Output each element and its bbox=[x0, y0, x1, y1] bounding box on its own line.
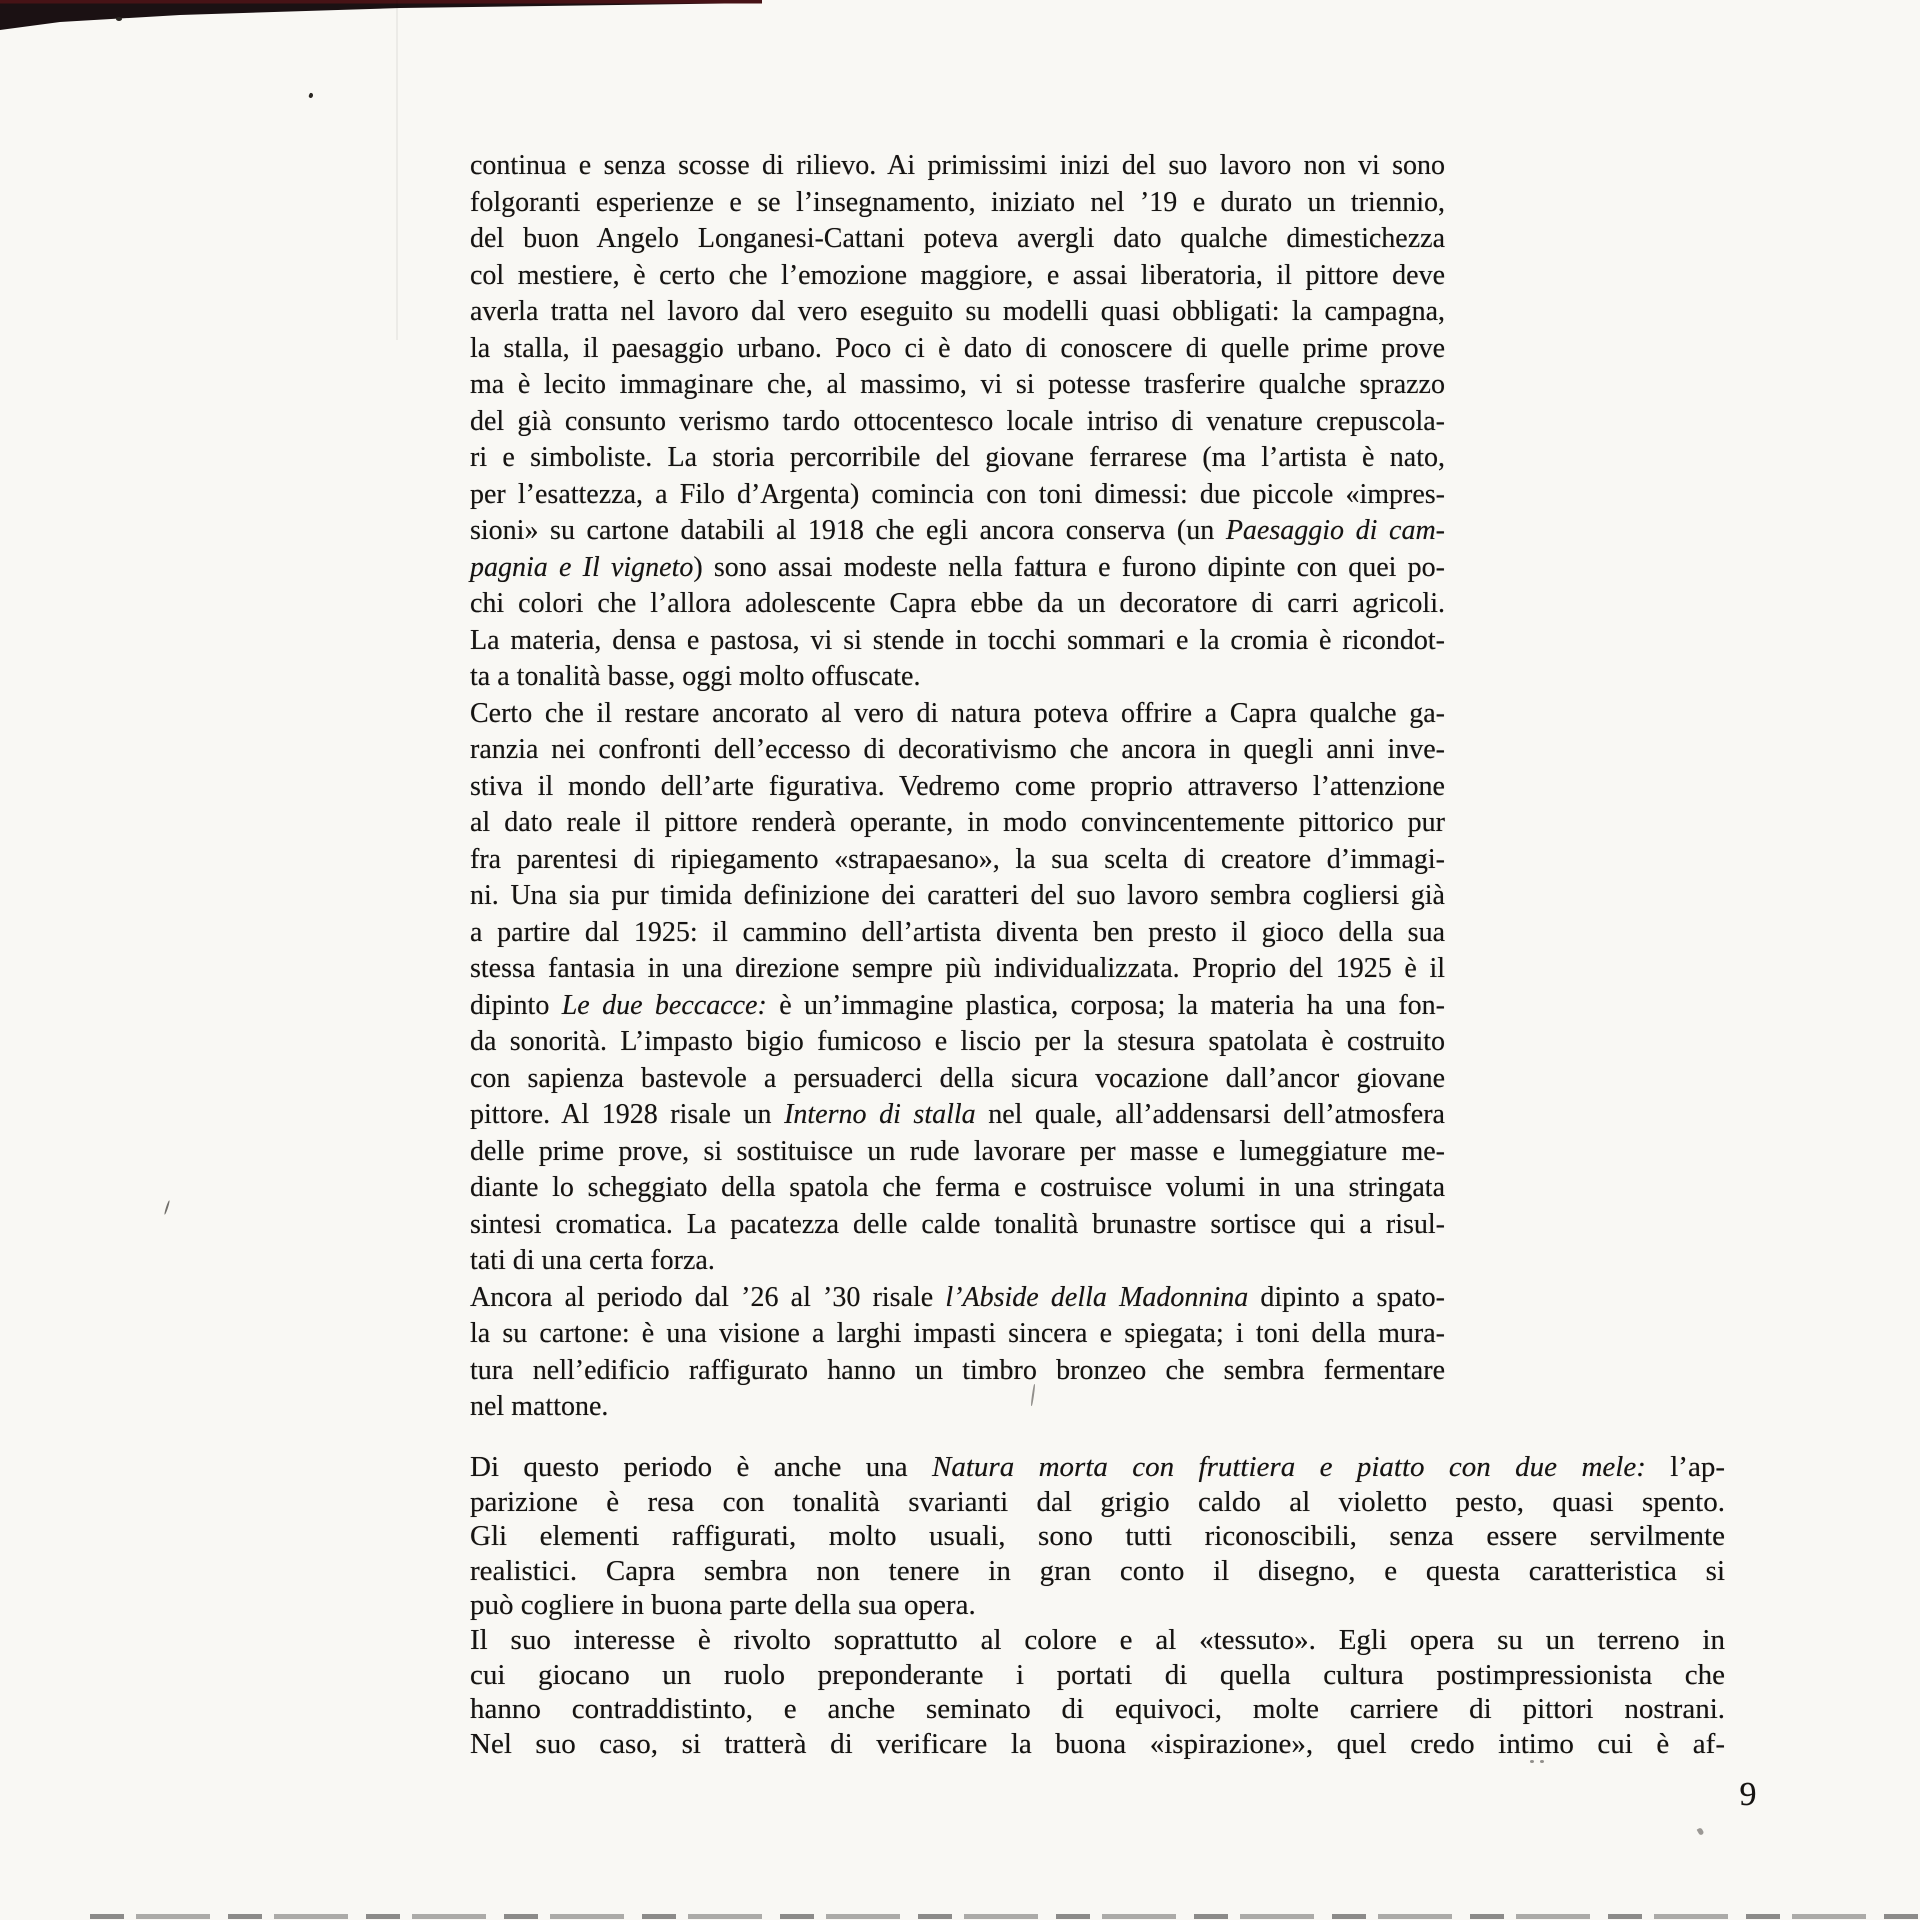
paragraph-block-small: Di questo periodo è anche una Natura mor… bbox=[470, 1450, 1725, 1761]
text-line: nel mattone. bbox=[470, 1389, 1445, 1426]
text-line: continua e senza scosse di rilievo. Ai p… bbox=[470, 148, 1445, 185]
text-line: Nel suo caso, si tratterà di verificare … bbox=[470, 1727, 1725, 1762]
text-line: Gli elementi raffigurati, molto usuali, … bbox=[470, 1519, 1725, 1554]
text-line: ri e simboliste. La storia percorribile … bbox=[470, 440, 1445, 477]
text-line: averla tratta nel lavoro dal vero esegui… bbox=[470, 294, 1445, 331]
text-line: dipinto Le due beccacce: è un’immagine p… bbox=[470, 988, 1445, 1025]
scan-speck bbox=[116, 17, 122, 21]
text-line: realistici. Capra sembra non tenere in g… bbox=[470, 1554, 1725, 1589]
text-line: Certo che il restare ancorato al vero di… bbox=[470, 696, 1445, 733]
text-line: del già consunto verismo tardo ottocente… bbox=[470, 404, 1445, 441]
scan-speck bbox=[164, 1200, 171, 1215]
text-line: ni. Una sia pur timida definizione dei c… bbox=[470, 878, 1445, 915]
paragraph-block-main: continua e senza scosse di rilievo. Ai p… bbox=[470, 148, 1445, 1426]
text-line: hanno contraddistinto, e anche seminato … bbox=[470, 1692, 1725, 1727]
scan-edge-bottom bbox=[90, 1914, 1920, 1919]
text-line: stiva il mondo dell’arte figurativa. Ved… bbox=[470, 769, 1445, 806]
text-line: la stalla, il paesaggio urbano. Poco ci … bbox=[470, 331, 1445, 368]
text-line: pagnia e Il vigneto) sono assai modeste … bbox=[470, 550, 1445, 587]
text-line: da sonorità. L’impasto bigio fumicoso e … bbox=[470, 1024, 1445, 1061]
text-line: stessa fantasia in una direzione sempre … bbox=[470, 951, 1445, 988]
text-line: Il suo interesse è rivolto soprattutto a… bbox=[470, 1623, 1725, 1658]
text-line: sioni» su cartone databili al 1918 che e… bbox=[470, 513, 1445, 550]
scan-speck bbox=[1697, 1827, 1705, 1836]
text-line: con sapienza bastevole a persuaderci del… bbox=[470, 1061, 1445, 1098]
text-line: La materia, densa e pastosa, vi si stend… bbox=[470, 623, 1445, 660]
text-line: a partire dal 1925: il cammino dell’arti… bbox=[470, 915, 1445, 952]
scan-speck bbox=[308, 92, 314, 98]
text-line: al dato reale il pittore renderà operant… bbox=[470, 805, 1445, 842]
text-line: per l’esattezza, a Filo d’Argenta) comin… bbox=[470, 477, 1445, 514]
text-line: tati di una certa forza. bbox=[470, 1243, 1445, 1280]
text-line: cui giocano un ruolo preponderante i por… bbox=[470, 1658, 1725, 1693]
text-line: delle prime prove, si sostituisce un rud… bbox=[470, 1134, 1445, 1171]
text-line: sintesi cromatica. La pacatezza delle ca… bbox=[470, 1207, 1445, 1244]
text-line: chi colori che l’allora adolescente Capr… bbox=[470, 586, 1445, 623]
text-line: fra parentesi di ripiegamento «strapaesa… bbox=[470, 842, 1445, 879]
text-line: ta a tonalità basse, oggi molto offuscat… bbox=[470, 659, 1445, 696]
text-line: col mestiere, è certo che l’emozione mag… bbox=[470, 258, 1445, 295]
text-line: può cogliere in buona parte della sua op… bbox=[470, 1588, 1725, 1623]
text-line: tura nell’edificio raffigurato hanno un … bbox=[470, 1353, 1445, 1390]
text-line: diante lo scheggiato della spatola che f… bbox=[470, 1170, 1445, 1207]
scanned-book-page: continua e senza scosse di rilievo. Ai p… bbox=[0, 0, 1920, 1920]
text-line: ranzia nei confronti dell’eccesso di dec… bbox=[470, 732, 1445, 769]
text-line: parizione è resa con tonalità svarianti … bbox=[470, 1485, 1725, 1520]
scan-fold-line bbox=[396, 0, 398, 340]
text-line: Ancora al periodo dal ’26 al ’30 risale … bbox=[470, 1280, 1445, 1317]
text-line: pittore. Al 1928 risale un Interno di st… bbox=[470, 1097, 1445, 1134]
text-line: del buon Angelo Longanesi-Cattani poteva… bbox=[470, 221, 1445, 258]
text-line: Di questo periodo è anche una Natura mor… bbox=[470, 1450, 1725, 1485]
page-number: 9 bbox=[1718, 1776, 1778, 1814]
text-line: folgoranti esperienze e se l’insegnament… bbox=[470, 185, 1445, 222]
text-line: ma è lecito immaginare che, al massimo, … bbox=[470, 367, 1445, 404]
text-line: la su cartone: è una visione a larghi im… bbox=[470, 1316, 1445, 1353]
